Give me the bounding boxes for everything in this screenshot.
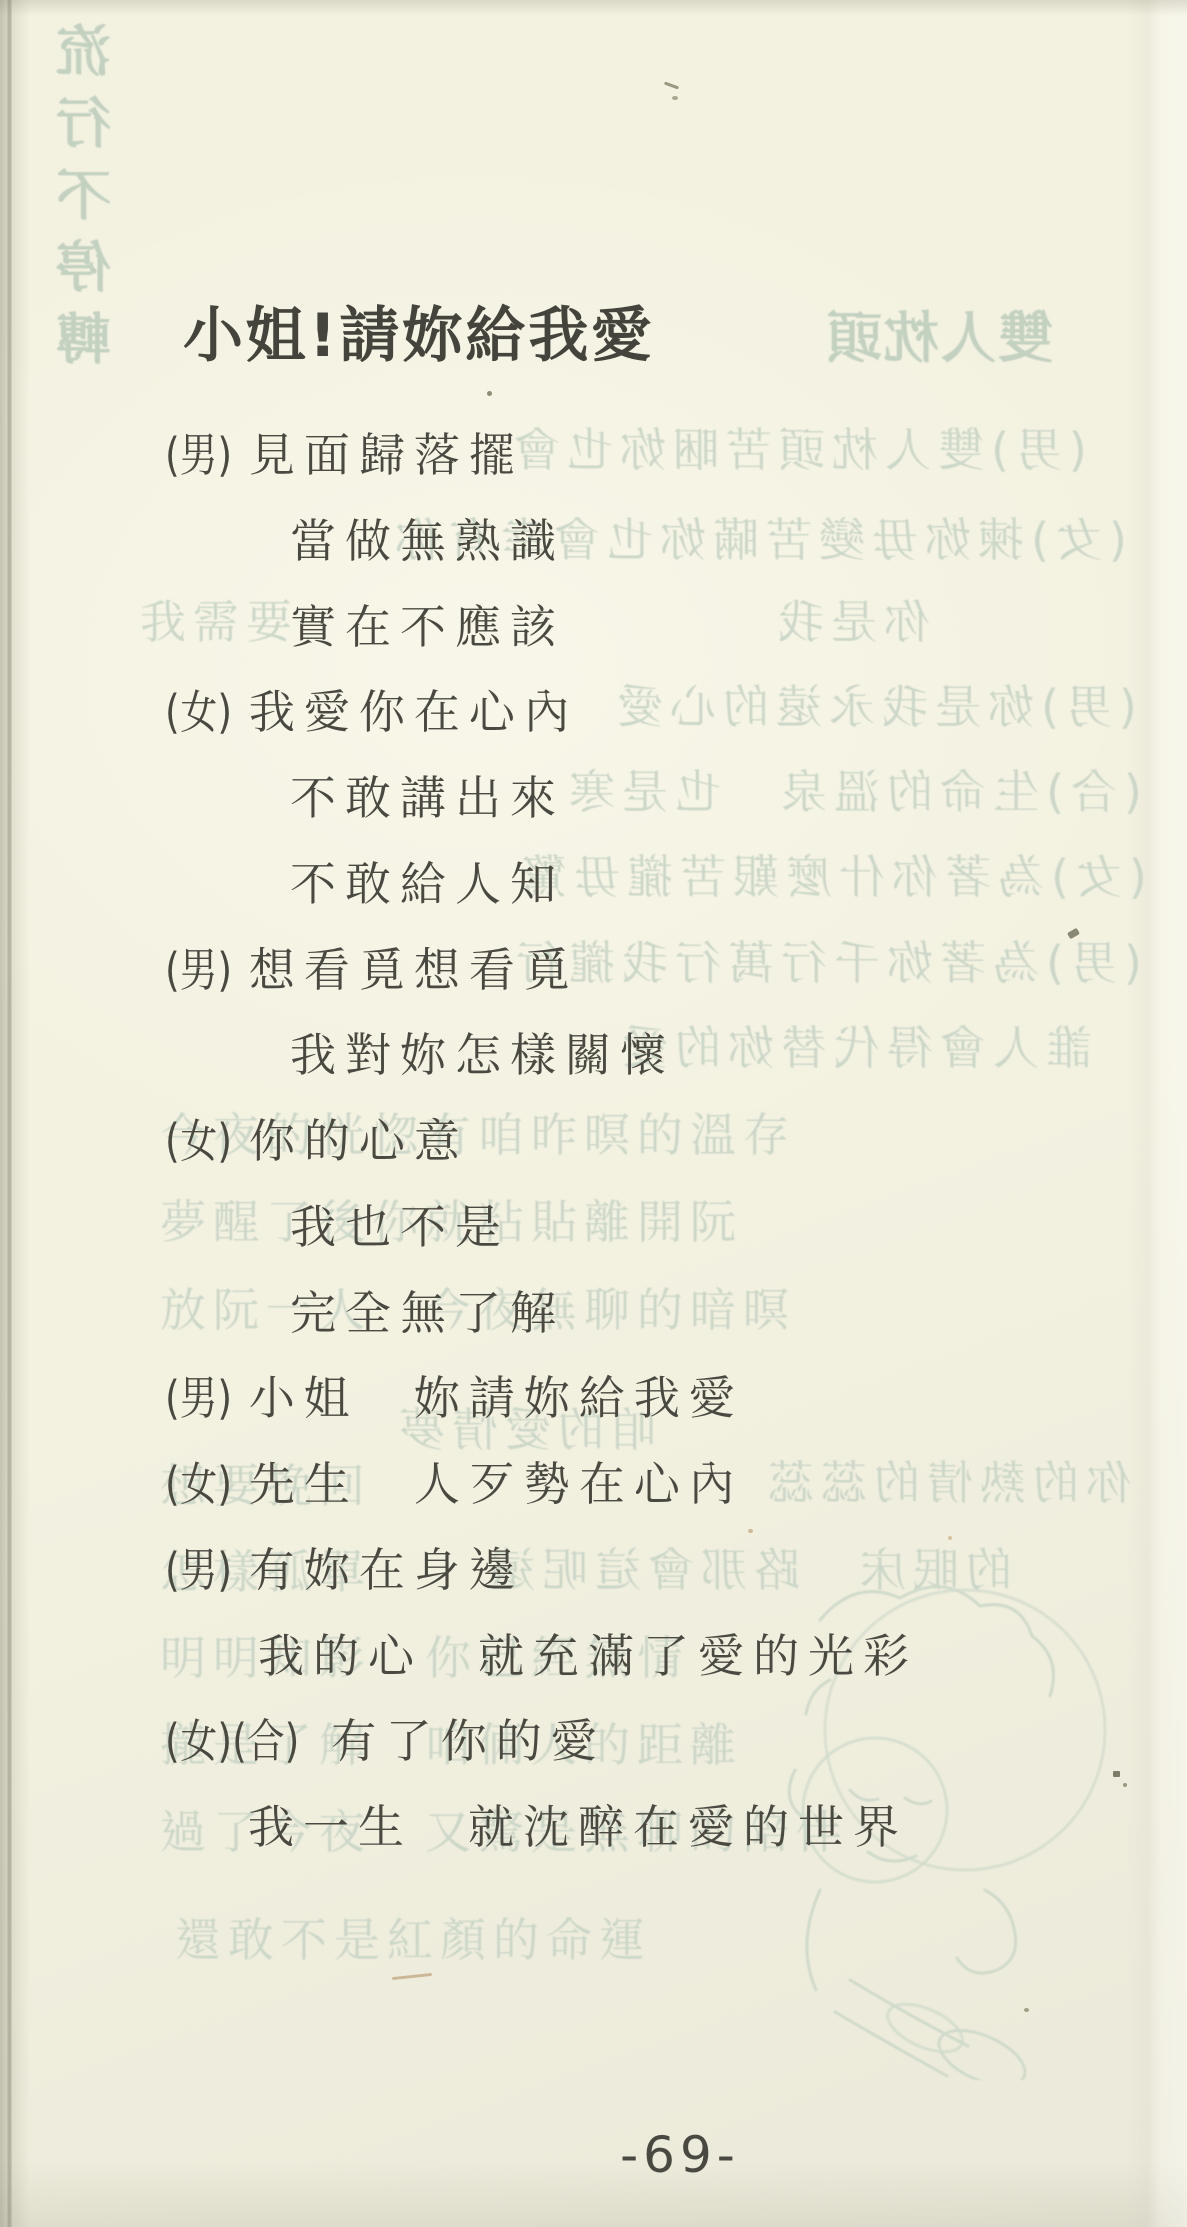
lyric-text: 有妳在身邊 <box>249 1543 524 1597</box>
part-marker: (男) <box>165 1370 232 1426</box>
song-title: 小姐!請妳給我愛 <box>183 300 654 372</box>
lyric-text: 先生 人歹勢在心內 <box>249 1457 744 1511</box>
lyric-text: 我一生 就沈醉在愛的世界 <box>248 1800 908 1854</box>
part-marker: (女) <box>165 1456 232 1512</box>
lyric-line: (女)你的心意 <box>165 1113 469 1169</box>
lyric-line: (女)(合)有了你的愛 <box>165 1713 606 1769</box>
page-number: -69- <box>595 2126 765 2184</box>
lyric-line: (女)我愛你在心內 <box>165 684 579 740</box>
lyric-text: 小姐 妳請妳給我愛 <box>249 1371 744 1425</box>
lyric-line: 實在不應該 <box>290 599 565 655</box>
lyric-text: 有了你的愛 <box>331 1714 606 1768</box>
lyric-line: 完全無了解 <box>290 1285 565 1341</box>
part-marker: (男) <box>165 942 232 998</box>
lyric-line: 當做無熟識 <box>290 513 565 569</box>
lyric-text: 我對妳怎樣關懷 <box>290 1028 675 1082</box>
part-marker: (男) <box>165 427 232 483</box>
lyric-text: 當做無熟識 <box>290 514 565 568</box>
lyric-text: 實在不應該 <box>290 600 565 654</box>
lyric-text: 我的心 就充滿了愛的光彩 <box>258 1629 918 1683</box>
part-marker: (女) <box>165 1113 232 1169</box>
lyric-text: 不敢給人知 <box>290 857 565 911</box>
part-marker: (男) <box>165 1542 232 1598</box>
lyric-text: 你的心意 <box>249 1114 469 1168</box>
lyric-line: 我一生 就沈醉在愛的世界 <box>248 1799 908 1855</box>
printed-content: 小姐!請妳給我愛 (男)見面歸落擺 當做無熟識 實在不應該 (女)我愛你在心內 … <box>0 0 1187 2227</box>
lyric-line: 我的心 就充滿了愛的光彩 <box>258 1628 918 1684</box>
lyric-text: 想看覓想看覓 <box>249 943 579 997</box>
part-marker: (女) <box>165 684 232 740</box>
lyric-text: 見面歸落擺 <box>249 428 524 482</box>
songbook-scanned-page: 流行不停轉 雙人枕頭 (男)雙人枕頭苦睏妳也會(女)揀妳毋變苦瞞妳也會幸有你你是… <box>0 0 1187 2227</box>
lyric-line: (女)先生 人歹勢在心內 <box>165 1456 744 1512</box>
lyric-text: 我也不是 <box>290 1200 510 1254</box>
part-marker: (女)(合) <box>165 1713 299 1769</box>
lyric-line: 不敢講出來 <box>290 770 565 826</box>
lyric-text: 完全無了解 <box>290 1286 565 1340</box>
lyric-text: 我愛你在心內 <box>249 685 579 739</box>
lyric-line: (男)想看覓想看覓 <box>165 942 579 998</box>
lyric-line: (男)小姐 妳請妳給我愛 <box>165 1370 744 1426</box>
lyric-line: (男)有妳在身邊 <box>165 1542 524 1598</box>
lyric-text: 不敢講出來 <box>290 771 565 825</box>
lyric-line: 我對妳怎樣關懷 <box>290 1027 675 1083</box>
lyric-line: (男)見面歸落擺 <box>165 427 524 483</box>
lyric-line: 我也不是 <box>290 1199 510 1255</box>
lyric-line: 不敢給人知 <box>290 856 565 912</box>
